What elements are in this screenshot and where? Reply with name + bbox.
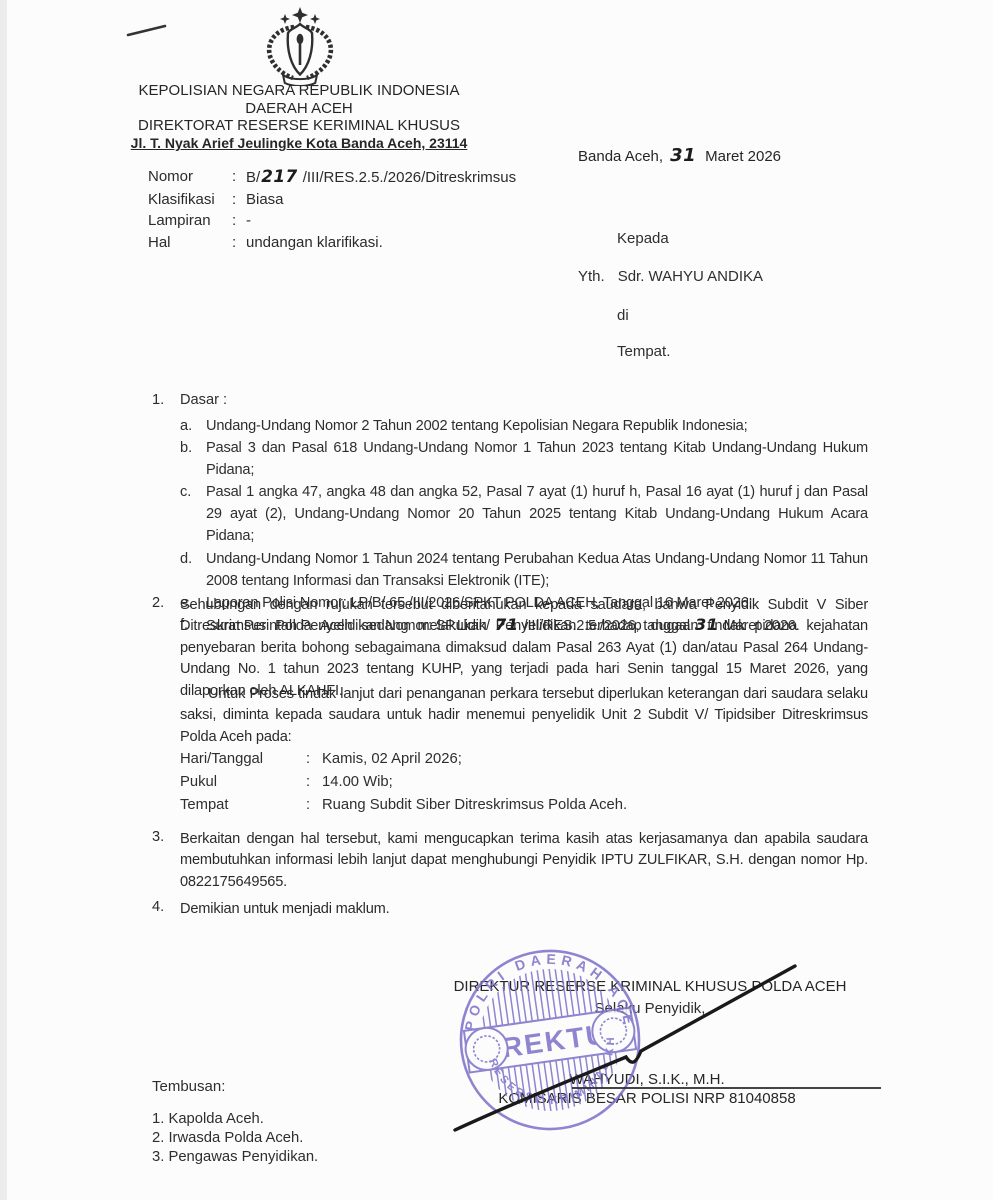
nomor-prefix: B/ xyxy=(246,169,260,186)
tembusan-title: Tembusan: xyxy=(152,1078,225,1095)
dateline-day-handwritten: 31 xyxy=(670,145,696,166)
section-3-paragraph: Berkaitan dengan hal tersebut, kami meng… xyxy=(180,829,868,893)
section-number: 3. xyxy=(152,829,180,893)
signatory-name: WAHYUDI, S.I.K., M.H. xyxy=(447,1071,847,1088)
item-text: Undang-Undang Nomor 1 Tahun 2024 tentang… xyxy=(206,548,868,592)
section-3: 3. Berkaitan dengan hal tersebut, kami m… xyxy=(152,829,868,893)
lampiran-value: - xyxy=(246,210,251,232)
dasar-title: Dasar : xyxy=(180,392,868,408)
dateline-place: Banda Aceh, xyxy=(578,148,663,165)
schedule-value: Kamis, 02 April 2026; xyxy=(322,748,462,771)
handwritten-dash-mark xyxy=(128,26,165,35)
dasar-item-d: d. Undang-Undang Nomor 1 Tahun 2024 tent… xyxy=(180,548,868,592)
stamp-band-text: DIREKTUR xyxy=(468,1015,631,1068)
tembusan-item-1: 1. Kapolda Aceh. xyxy=(152,1110,318,1129)
hal-value: undangan klarifikasi. xyxy=(246,232,383,254)
schedule-label: Tempat xyxy=(180,794,306,817)
schedule-label: Pukul xyxy=(180,771,306,794)
section-number: 4. xyxy=(152,899,180,920)
yth-label: Yth. xyxy=(578,268,605,285)
section-number: 2. xyxy=(152,595,180,702)
colon: : xyxy=(232,210,246,232)
lampiran-label: Lampiran xyxy=(148,210,232,232)
signatory-rank-nrp: KOMISARIS BESAR POLISI NRP 81040858 xyxy=(447,1090,847,1107)
item-text: Undang-Undang Nomor 2 Tahun 2002 tentang… xyxy=(206,415,868,437)
recipient-di: di xyxy=(617,307,629,324)
item-text: Pasal 1 angka 47, angka 48 dan angka 52,… xyxy=(206,481,868,547)
schedule-row-date: Hari/Tanggal : Kamis, 02 April 2026; xyxy=(180,748,627,771)
hal-label: Hal xyxy=(148,232,232,254)
colon: : xyxy=(306,748,322,771)
polri-tribrata-emblem-icon xyxy=(258,6,342,86)
org-address: Jl. T. Nyak Arief Jeulingke Kota Banda A… xyxy=(118,135,480,153)
section-4-paragraph: Demikian untuk menjadi maklum. xyxy=(180,899,868,920)
colon: : xyxy=(232,189,246,211)
letter-meta-block: Nomor : B/217/III/RES.2.5./2026/Ditreskr… xyxy=(148,166,516,253)
hal-row: Hal : undangan klarifikasi. xyxy=(148,232,516,254)
nomor-label: Nomor xyxy=(148,166,232,189)
scan-edge-strip xyxy=(0,0,7,1200)
section-4: 4. Demikian untuk menjadi maklum. xyxy=(152,899,868,920)
recipient-yth-row: Yth.Sdr. WAHYU ANDIKA xyxy=(578,268,763,285)
org-name-line2: DAERAH ACEH xyxy=(118,100,480,118)
recipient-kepada: Kepada xyxy=(617,230,669,247)
signatory-title: DIREKTUR RESERSE KRIMINAL KHUSUS POLDA A… xyxy=(450,978,850,995)
tembusan-item-3: 3. Pengawas Penyidikan. xyxy=(152,1148,318,1167)
tembusan-item-2: 2. Irwasda Polda Aceh. xyxy=(152,1129,318,1148)
nomor-suffix: /III/RES.2.5./2026/Ditreskrimsus xyxy=(303,169,516,186)
klasifikasi-value: Biasa xyxy=(246,189,284,211)
schedule-value: 14.00 Wib; xyxy=(322,771,393,794)
dasar-item-a: a. Undang-Undang Nomor 2 Tahun 2002 tent… xyxy=(180,415,868,437)
item-text: Pasal 3 dan Pasal 618 Undang-Undang Nomo… xyxy=(206,437,868,481)
nomor-row: Nomor : B/217/III/RES.2.5./2026/Ditreskr… xyxy=(148,166,516,189)
klasifikasi-label: Klasifikasi xyxy=(148,189,232,211)
dateline: Banda Aceh,31Maret 2026 xyxy=(578,145,781,166)
item-letter: d. xyxy=(180,548,206,592)
colon: : xyxy=(232,166,246,189)
dasar-item-b: b. Pasal 3 dan Pasal 618 Undang-Undang N… xyxy=(180,437,868,481)
recipient-tempat: Tempat. xyxy=(617,343,670,360)
nomor-value: B/217/III/RES.2.5./2026/Ditreskrimsus xyxy=(246,166,516,189)
recipient-name: Sdr. WAHYU ANDIKA xyxy=(618,268,763,285)
org-name-line1: KEPOLISIAN NEGARA REPUBLIK INDONESIA xyxy=(118,82,480,100)
scanned-letter-page: KEPOLISIAN NEGARA REPUBLIK INDONESIA DAE… xyxy=(0,0,993,1200)
section-2-paragraph-2: Untuk Proses tindak lanjut dari penangan… xyxy=(180,684,868,748)
dasar-item-c: c. Pasal 1 angka 47, angka 48 dan angka … xyxy=(180,481,868,547)
colon: : xyxy=(306,771,322,794)
schedule-label: Hari/Tanggal xyxy=(180,748,306,771)
signatory-subtitle: Selaku Penyidik, xyxy=(450,1000,850,1017)
colon: : xyxy=(232,232,246,254)
colon: : xyxy=(306,794,322,817)
schedule-row-time: Pukul : 14.00 Wib; xyxy=(180,771,627,794)
org-name-line3: DIREKTORAT RESERSE KERIMINAL KHUSUS xyxy=(118,117,480,135)
nomor-handwritten: 217 xyxy=(261,166,298,186)
summons-schedule: Hari/Tanggal : Kamis, 02 April 2026; Puk… xyxy=(180,748,627,816)
schedule-row-place: Tempat : Ruang Subdit Siber Ditreskrimsu… xyxy=(180,794,627,817)
dateline-monthyear: Maret 2026 xyxy=(705,148,781,165)
item-letter: c. xyxy=(180,481,206,547)
item-letter: b. xyxy=(180,437,206,481)
item-letter: a. xyxy=(180,415,206,437)
schedule-value: Ruang Subdit Siber Ditreskrimsus Polda A… xyxy=(322,794,627,817)
lampiran-row: Lampiran : - xyxy=(148,210,516,232)
tembusan-list: 1. Kapolda Aceh. 2. Irwasda Polda Aceh. … xyxy=(152,1110,318,1167)
klasifikasi-row: Klasifikasi : Biasa xyxy=(148,189,516,211)
